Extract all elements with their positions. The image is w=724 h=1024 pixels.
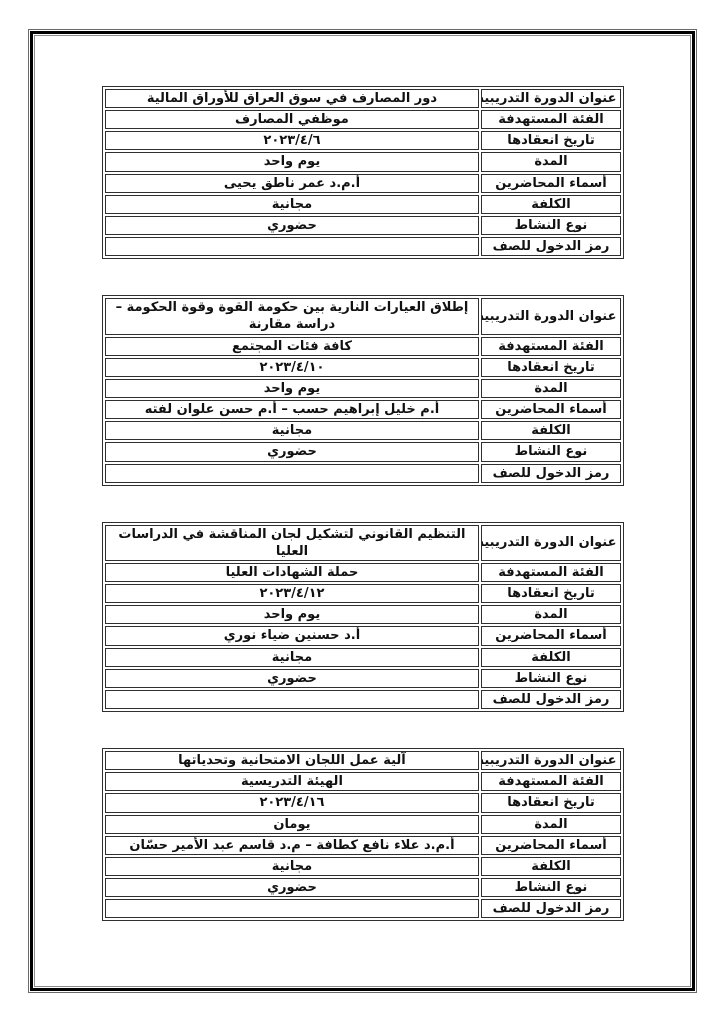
- duration-row: المدة يوم واحد: [105, 152, 621, 171]
- activity-type-row: نوع النشاط حضوري: [105, 669, 621, 688]
- row-label-cost: الكلفة: [481, 421, 620, 440]
- cost-row: الكلفة مجانية: [105, 421, 621, 440]
- row-label-class-code: رمز الدخول للصف: [481, 237, 620, 256]
- row-label-class-code: رمز الدخول للصف: [481, 690, 620, 709]
- lecturers-row: أسماء المحاضرين أ.د حسنين ضياء نوري: [105, 626, 621, 645]
- row-label-duration: المدة: [481, 152, 620, 171]
- activity-type-row: نوع النشاط حضوري: [105, 216, 621, 235]
- class-code-row: رمز الدخول للصف: [105, 899, 621, 918]
- cost-row: الكلفة مجانية: [105, 195, 621, 214]
- date-value: ٢٠٢٣/٤/١٦: [105, 793, 480, 812]
- row-label-lecturers: أسماء المحاضرين: [481, 626, 620, 645]
- duration-value: يومان: [105, 815, 480, 834]
- row-label-lecturers: أسماء المحاضرين: [481, 836, 620, 855]
- page-border-thick-line: عنوان الدورة التدريبية دور المصارف في سو…: [30, 31, 695, 991]
- class-code-value: [105, 690, 480, 709]
- class-code-row: رمز الدخول للصف: [105, 237, 621, 256]
- activity-type-value: حضوري: [105, 878, 480, 897]
- lecturers-value: أ.د حسنين ضياء نوري: [105, 626, 480, 645]
- row-label-duration: المدة: [481, 815, 620, 834]
- row-label-course-title: عنوان الدورة التدريبية: [481, 89, 620, 108]
- row-label-course-title: عنوان الدورة التدريبية: [481, 525, 620, 561]
- course-table-2: عنوان الدورة التدريبية إطلاق العيارات ال…: [102, 295, 624, 485]
- course-title-row: عنوان الدورة التدريبية التنظيم القانوني …: [105, 525, 621, 561]
- cost-value: مجانية: [105, 648, 480, 667]
- row-label-class-code: رمز الدخول للصف: [481, 464, 620, 483]
- row-label-cost: الكلفة: [481, 195, 620, 214]
- target-group-row: الفئة المستهدفة حملة الشهادات العليا: [105, 563, 621, 582]
- class-code-value: [105, 899, 480, 918]
- document-page: عنوان الدورة التدريبية دور المصارف في سو…: [0, 0, 724, 1024]
- row-label-date: تاريخ انعقادها: [481, 358, 620, 377]
- date-value: ٢٠٢٣/٤/٦: [105, 131, 480, 150]
- row-label-activity-type: نوع النشاط: [481, 669, 620, 688]
- activity-type-row: نوع النشاط حضوري: [105, 878, 621, 897]
- class-code-row: رمز الدخول للصف: [105, 690, 621, 709]
- row-label-target-group: الفئة المستهدفة: [481, 563, 620, 582]
- row-label-date: تاريخ انعقادها: [481, 584, 620, 603]
- row-label-duration: المدة: [481, 605, 620, 624]
- target-group-row: الفئة المستهدفة موظفي المصارف: [105, 110, 621, 129]
- row-label-lecturers: أسماء المحاضرين: [481, 174, 620, 193]
- course-title-value: التنظيم القانوني لتشكيل لجان المناقشة في…: [105, 525, 480, 561]
- activity-type-value: حضوري: [105, 442, 480, 461]
- duration-value: يوم واحد: [105, 379, 480, 398]
- row-label-class-code: رمز الدخول للصف: [481, 899, 620, 918]
- date-row: تاريخ انعقادها ٢٠٢٣/٤/١٢: [105, 584, 621, 603]
- duration-value: يوم واحد: [105, 152, 480, 171]
- page-border-frame: عنوان الدورة التدريبية دور المصارف في سو…: [28, 29, 697, 993]
- row-label-target-group: الفئة المستهدفة: [481, 772, 620, 791]
- row-label-course-title: عنوان الدورة التدريبية: [481, 751, 620, 770]
- row-label-activity-type: نوع النشاط: [481, 216, 620, 235]
- course-title-value: إطلاق العيارات النارية بين حكومة القوة و…: [105, 298, 480, 334]
- course-table-4: عنوان الدورة التدريبية آلية عمل اللجان ا…: [102, 748, 624, 921]
- duration-row: المدة يوم واحد: [105, 605, 621, 624]
- target-group-value: كافة فئات المجتمع: [105, 337, 480, 356]
- course-title-row: عنوان الدورة التدريبية آلية عمل اللجان ا…: [105, 751, 621, 770]
- duration-value: يوم واحد: [105, 605, 480, 624]
- cost-value: مجانية: [105, 857, 480, 876]
- row-label-activity-type: نوع النشاط: [481, 878, 620, 897]
- lecturers-row: أسماء المحاضرين أ.م.د علاء نافع كطافة – …: [105, 836, 621, 855]
- date-row: تاريخ انعقادها ٢٠٢٣/٤/٦: [105, 131, 621, 150]
- course-title-row: عنوان الدورة التدريبية إطلاق العيارات ال…: [105, 298, 621, 334]
- course-title-value: دور المصارف في سوق العراق للأوراق المالي…: [105, 89, 480, 108]
- page-content-area: عنوان الدورة التدريبية دور المصارف في سو…: [34, 35, 691, 987]
- row-label-activity-type: نوع النشاط: [481, 442, 620, 461]
- target-group-row: الفئة المستهدفة الهيئة التدريسية: [105, 772, 621, 791]
- date-row: تاريخ انعقادها ٢٠٢٣/٤/١٠: [105, 358, 621, 377]
- duration-row: المدة يوم واحد: [105, 379, 621, 398]
- row-label-course-title: عنوان الدورة التدريبية: [481, 298, 620, 334]
- course-title-row: عنوان الدورة التدريبية دور المصارف في سو…: [105, 89, 621, 108]
- target-group-value: الهيئة التدريسية: [105, 772, 480, 791]
- row-label-cost: الكلفة: [481, 648, 620, 667]
- target-group-row: الفئة المستهدفة كافة فئات المجتمع: [105, 337, 621, 356]
- cost-value: مجانية: [105, 195, 480, 214]
- class-code-value: [105, 464, 480, 483]
- lecturers-value: أ.م خليل إبراهيم حسب – أ.م حسن علوان لفت…: [105, 400, 480, 419]
- cost-row: الكلفة مجانية: [105, 648, 621, 667]
- row-label-target-group: الفئة المستهدفة: [481, 337, 620, 356]
- duration-row: المدة يومان: [105, 815, 621, 834]
- cost-row: الكلفة مجانية: [105, 857, 621, 876]
- lecturers-row: أسماء المحاضرين أ.م.د عمر ناطق يحيى: [105, 174, 621, 193]
- class-code-value: [105, 237, 480, 256]
- course-table-1: عنوان الدورة التدريبية دور المصارف في سو…: [102, 86, 624, 259]
- course-table-3: عنوان الدورة التدريبية التنظيم القانوني …: [102, 522, 624, 712]
- target-group-value: موظفي المصارف: [105, 110, 480, 129]
- row-label-cost: الكلفة: [481, 857, 620, 876]
- target-group-value: حملة الشهادات العليا: [105, 563, 480, 582]
- row-label-date: تاريخ انعقادها: [481, 131, 620, 150]
- row-label-duration: المدة: [481, 379, 620, 398]
- lecturers-value: أ.م.د عمر ناطق يحيى: [105, 174, 480, 193]
- row-label-target-group: الفئة المستهدفة: [481, 110, 620, 129]
- activity-type-row: نوع النشاط حضوري: [105, 442, 621, 461]
- row-label-date: تاريخ انعقادها: [481, 793, 620, 812]
- date-row: تاريخ انعقادها ٢٠٢٣/٤/١٦: [105, 793, 621, 812]
- row-label-lecturers: أسماء المحاضرين: [481, 400, 620, 419]
- lecturers-row: أسماء المحاضرين أ.م خليل إبراهيم حسب – أ…: [105, 400, 621, 419]
- activity-type-value: حضوري: [105, 216, 480, 235]
- lecturers-value: أ.م.د علاء نافع كطافة – م.د قاسم عبد الأ…: [105, 836, 480, 855]
- activity-type-value: حضوري: [105, 669, 480, 688]
- date-value: ٢٠٢٣/٤/١٢: [105, 584, 480, 603]
- cost-value: مجانية: [105, 421, 480, 440]
- date-value: ٢٠٢٣/٤/١٠: [105, 358, 480, 377]
- course-title-value: آلية عمل اللجان الامتحانية وتحدياتها: [105, 751, 480, 770]
- class-code-row: رمز الدخول للصف: [105, 464, 621, 483]
